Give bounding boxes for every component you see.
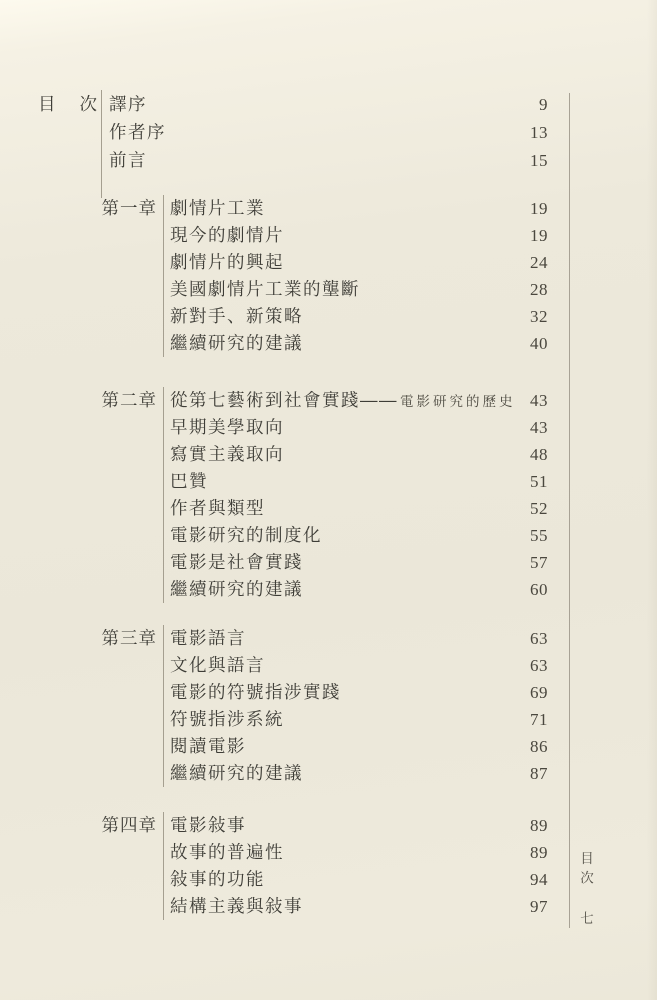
toc-entry-title: 新對手、新策略 xyxy=(170,303,530,330)
toc-entry-title: 劇情片的興起 xyxy=(170,249,530,276)
toc-row: 劇情片工業19 xyxy=(170,195,548,222)
toc-row: 從第七藝術到社會實踐——電影研究的歷史43 xyxy=(170,387,548,414)
toc-page-number: 52 xyxy=(530,495,548,522)
margin-running-title: 目次 xyxy=(575,851,595,890)
toc-page-number: 86 xyxy=(530,733,548,760)
toc-page-number: 13 xyxy=(530,119,548,147)
toc-row: 作者與類型52 xyxy=(170,495,548,522)
toc-entry-title: 劇情片工業 xyxy=(170,195,530,222)
toc-entry-title: 敍事的功能 xyxy=(170,866,530,893)
toc-page-number: 32 xyxy=(530,303,548,330)
toc-page-number: 19 xyxy=(530,222,548,249)
chapter-label: 第一章 xyxy=(38,195,163,357)
toc-page-number: 40 xyxy=(530,330,548,357)
toc-entry-title: 故事的普遍性 xyxy=(170,839,530,866)
toc-row: 文化與語言63 xyxy=(170,652,548,679)
toc-row: 早期美學取向43 xyxy=(170,414,548,441)
chapter-block: 第一章劇情片工業19現今的劇情片19劇情片的興起24美國劇情片工業的壟斷28新對… xyxy=(38,195,548,357)
toc-page-number: 87 xyxy=(530,760,548,787)
toc-entry-title: 繼續研究的建議 xyxy=(170,576,530,603)
front-matter-block: 目次 譯序9作者序13前言15 xyxy=(38,90,548,198)
toc-page-number: 51 xyxy=(530,468,548,495)
toc-row: 劇情片的興起24 xyxy=(170,249,548,276)
toc-row: 敍事的功能94 xyxy=(170,866,548,893)
toc-entry-title: 符號指涉系統 xyxy=(170,706,530,733)
toc-entry-title: 電影語言 xyxy=(170,625,530,652)
toc-page-number: 19 xyxy=(530,195,548,222)
toc-page-number: 63 xyxy=(530,652,548,679)
toc-row: 繼續研究的建議60 xyxy=(170,576,548,603)
toc-row: 電影是社會實踐57 xyxy=(170,549,548,576)
toc-row: 電影語言63 xyxy=(170,625,548,652)
toc-page-number: 57 xyxy=(530,549,548,576)
toc-page-number: 55 xyxy=(530,522,548,549)
toc-page-number: 48 xyxy=(530,441,548,468)
toc-entry-title: 繼續研究的建議 xyxy=(170,760,530,787)
toc-row: 現今的劇情片19 xyxy=(170,222,548,249)
toc-row: 電影敍事89 xyxy=(170,812,548,839)
toc-page-number: 43 xyxy=(530,387,548,414)
toc-header-label: 目次 xyxy=(38,90,97,198)
toc-entry-title: 繼續研究的建議 xyxy=(170,330,530,357)
toc-entry-title: 美國劇情片工業的壟斷 xyxy=(170,276,530,303)
margin-folio-number: 七 xyxy=(575,911,595,925)
toc-row: 閱讀電影86 xyxy=(170,733,548,760)
toc-header-char: 目 xyxy=(38,90,56,198)
toc-page-number: 9 xyxy=(539,91,548,119)
toc-row: 譯序9 xyxy=(109,90,548,118)
chapter-block: 第二章從第七藝術到社會實踐——電影研究的歷史43早期美學取向43寫實主義取向48… xyxy=(38,387,548,603)
chapter-entries: 電影敍事89故事的普遍性89敍事的功能94結構主義與敍事97 xyxy=(163,812,548,920)
chapter-entries: 劇情片工業19現今的劇情片19劇情片的興起24美國劇情片工業的壟斷28新對手、新… xyxy=(163,195,548,357)
toc-row: 符號指涉系統71 xyxy=(170,706,548,733)
chapter-entries: 電影語言63文化與語言63電影的符號指涉實踐69符號指涉系統71閱讀電影86繼續… xyxy=(163,625,548,787)
chapter-block: 第三章電影語言63文化與語言63電影的符號指涉實踐69符號指涉系統71閱讀電影8… xyxy=(38,625,548,787)
toc-page-number: 97 xyxy=(530,893,548,920)
toc-row: 繼續研究的建議87 xyxy=(170,760,548,787)
toc-row: 電影的符號指涉實踐69 xyxy=(170,679,548,706)
toc-entry-title: 電影是社會實踐 xyxy=(170,549,530,576)
toc-page-number: 69 xyxy=(530,679,548,706)
toc-entry-title: 從第七藝術到社會實踐——電影研究的歷史 xyxy=(170,387,530,415)
toc-page-number: 24 xyxy=(530,249,548,276)
chapter-label: 第四章 xyxy=(38,812,163,920)
toc-entry-title: 閱讀電影 xyxy=(170,733,530,760)
toc-entry-title: 早期美學取向 xyxy=(170,414,530,441)
toc-page-number: 89 xyxy=(530,812,548,839)
toc-row: 美國劇情片工業的壟斷28 xyxy=(170,276,548,303)
toc-row: 巴贊51 xyxy=(170,468,548,495)
toc-entry-title: 寫實主義取向 xyxy=(170,441,530,468)
toc-page-number: 89 xyxy=(530,839,548,866)
toc-page-number: 28 xyxy=(530,276,548,303)
toc-entry-title: 電影敍事 xyxy=(170,812,530,839)
toc-row: 電影研究的制度化55 xyxy=(170,522,548,549)
toc-page-number: 60 xyxy=(530,576,548,603)
book-toc-page: 目次 譯序9作者序13前言15 第一章劇情片工業19現今的劇情片19劇情片的興起… xyxy=(0,0,657,1000)
chapter-block: 第四章電影敍事89故事的普遍性89敍事的功能94結構主義與敍事97 xyxy=(38,812,548,920)
toc-header-char: 次 xyxy=(80,90,98,198)
toc-entry-annotation: 電影研究的歷史 xyxy=(400,394,516,409)
toc-entry-title: 作者序 xyxy=(109,118,530,146)
toc-page-number: 63 xyxy=(530,625,548,652)
chapter-entries: 從第七藝術到社會實踐——電影研究的歷史43早期美學取向43寫實主義取向48巴贊5… xyxy=(163,387,548,603)
toc-row: 新對手、新策略32 xyxy=(170,303,548,330)
toc-entry-title: 文化與語言 xyxy=(170,652,530,679)
toc-entry-title: 現今的劇情片 xyxy=(170,222,530,249)
toc-entry-title: 結構主義與敍事 xyxy=(170,893,530,920)
toc-row: 寫實主義取向48 xyxy=(170,441,548,468)
chapter-label: 第二章 xyxy=(38,387,163,603)
margin-rule-divider xyxy=(569,93,570,928)
toc-row: 作者序13 xyxy=(109,118,548,146)
toc-page-number: 15 xyxy=(530,147,548,175)
toc-page-number: 71 xyxy=(530,706,548,733)
chapter-label: 第三章 xyxy=(38,625,163,787)
toc-entry-title: 電影研究的制度化 xyxy=(170,522,530,549)
toc-page-number: 94 xyxy=(530,866,548,893)
toc-entry-title: 電影的符號指涉實踐 xyxy=(170,679,530,706)
toc-row: 繼續研究的建議40 xyxy=(170,330,548,357)
toc-entry-title: 譯序 xyxy=(109,90,539,118)
toc-row: 前言15 xyxy=(109,146,548,174)
front-matter-entries: 譯序9作者序13前言15 xyxy=(101,90,548,198)
toc-entry-title: 作者與類型 xyxy=(170,495,530,522)
toc-row: 結構主義與敍事97 xyxy=(170,893,548,920)
toc-row: 故事的普遍性89 xyxy=(170,839,548,866)
toc-entry-title: 前言 xyxy=(109,146,530,174)
toc-entry-title: 巴贊 xyxy=(170,468,530,495)
toc-page-number: 43 xyxy=(530,414,548,441)
